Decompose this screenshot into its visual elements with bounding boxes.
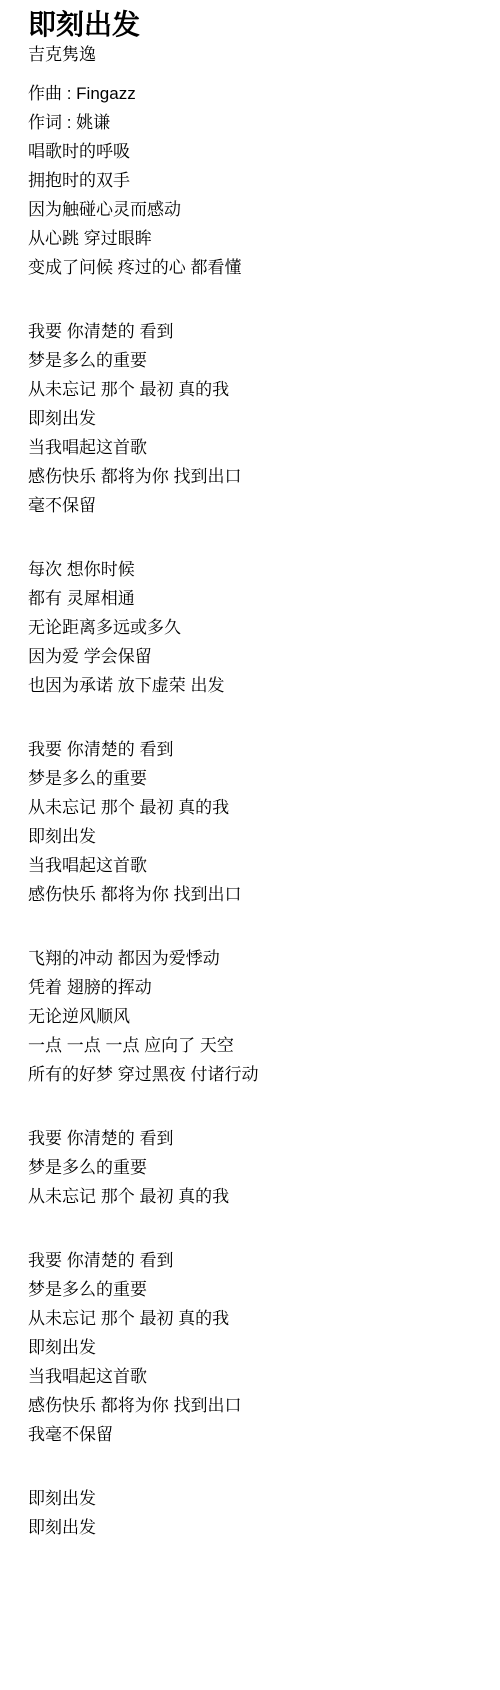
lyric-line: 所有的好梦 穿过黑夜 付诸行动 — [28, 1060, 476, 1089]
lyric-line: 我要 你清楚的 看到 — [28, 317, 476, 346]
stanza: 我要 你清楚的 看到梦是多么的重要从未忘记 那个 最初 真的我即刻出发当我唱起这… — [28, 317, 476, 520]
lyric-line: 作曲 : Fingazz — [28, 79, 476, 108]
lyric-line: 从未忘记 那个 最初 真的我 — [28, 375, 476, 404]
lyric-line: 感伤快乐 都将为你 找到出口 — [28, 1391, 476, 1420]
artist-name: 吉克隽逸 — [28, 44, 476, 66]
lyric-line: 因为爱 学会保留 — [28, 642, 476, 671]
lyric-line: 无论逆风顺风 — [28, 1002, 476, 1031]
lyrics-page: 即刻出发 吉克隽逸 作曲 : Fingazz作词 : 姚谦唱歌时的呼吸拥抱时的双… — [0, 0, 500, 1690]
lyric-line: 唱歌时的呼吸 — [28, 137, 476, 166]
lyric-line: 我要 你清楚的 看到 — [28, 735, 476, 764]
lyric-line: 毫不保留 — [28, 491, 476, 520]
lyric-line: 即刻出发 — [28, 1333, 476, 1362]
lyric-line: 因为触碰心灵而感动 — [28, 195, 476, 224]
lyric-line: 无论距离多远或多久 — [28, 613, 476, 642]
lyric-line: 都有 灵犀相通 — [28, 584, 476, 613]
lyric-line: 当我唱起这首歌 — [28, 851, 476, 880]
lyric-line: 从心跳 穿过眼眸 — [28, 224, 476, 253]
lyric-line: 作词 : 姚谦 — [28, 108, 476, 137]
stanza: 即刻出发即刻出发 — [28, 1484, 476, 1542]
lyric-line: 凭着 翅膀的挥动 — [28, 973, 476, 1002]
lyrics-body: 作曲 : Fingazz作词 : 姚谦唱歌时的呼吸拥抱时的双手因为触碰心灵而感动… — [28, 79, 476, 1542]
page-title: 即刻出发 — [28, 6, 476, 44]
lyric-line: 也因为承诺 放下虚荣 出发 — [28, 671, 476, 700]
stanza: 我要 你清楚的 看到梦是多么的重要从未忘记 那个 最初 真的我 — [28, 1124, 476, 1211]
stanza: 每次 想你时候都有 灵犀相通无论距离多远或多久因为爱 学会保留也因为承诺 放下虚… — [28, 555, 476, 700]
lyric-line: 从未忘记 那个 最初 真的我 — [28, 1182, 476, 1211]
stanza: 我要 你清楚的 看到梦是多么的重要从未忘记 那个 最初 真的我即刻出发当我唱起这… — [28, 1246, 476, 1449]
lyric-line: 梦是多么的重要 — [28, 1275, 476, 1304]
stanza: 作曲 : Fingazz作词 : 姚谦唱歌时的呼吸拥抱时的双手因为触碰心灵而感动… — [28, 79, 476, 282]
lyric-line: 我毫不保留 — [28, 1420, 476, 1449]
lyric-line: 感伤快乐 都将为你 找到出口 — [28, 462, 476, 491]
lyric-line: 感伤快乐 都将为你 找到出口 — [28, 880, 476, 909]
lyric-line: 即刻出发 — [28, 822, 476, 851]
lyric-line: 即刻出发 — [28, 1484, 476, 1513]
lyric-line: 即刻出发 — [28, 1513, 476, 1542]
lyric-line: 梦是多么的重要 — [28, 346, 476, 375]
lyric-line: 变成了问候 疼过的心 都看懂 — [28, 253, 476, 282]
lyric-line: 拥抱时的双手 — [28, 166, 476, 195]
lyric-line: 我要 你清楚的 看到 — [28, 1124, 476, 1153]
stanza: 我要 你清楚的 看到梦是多么的重要从未忘记 那个 最初 真的我即刻出发当我唱起这… — [28, 735, 476, 909]
lyric-line: 当我唱起这首歌 — [28, 433, 476, 462]
lyric-line: 从未忘记 那个 最初 真的我 — [28, 1304, 476, 1333]
lyric-line: 梦是多么的重要 — [28, 764, 476, 793]
lyric-line: 每次 想你时候 — [28, 555, 476, 584]
lyric-line: 从未忘记 那个 最初 真的我 — [28, 793, 476, 822]
lyric-line: 飞翔的冲动 都因为爱悸动 — [28, 944, 476, 973]
lyric-line: 一点 一点 一点 应向了 天空 — [28, 1031, 476, 1060]
lyric-line: 梦是多么的重要 — [28, 1153, 476, 1182]
lyric-line: 我要 你清楚的 看到 — [28, 1246, 476, 1275]
lyric-line: 即刻出发 — [28, 404, 476, 433]
stanza: 飞翔的冲动 都因为爱悸动凭着 翅膀的挥动无论逆风顺风一点 一点 一点 应向了 天… — [28, 944, 476, 1089]
lyric-line: 当我唱起这首歌 — [28, 1362, 476, 1391]
